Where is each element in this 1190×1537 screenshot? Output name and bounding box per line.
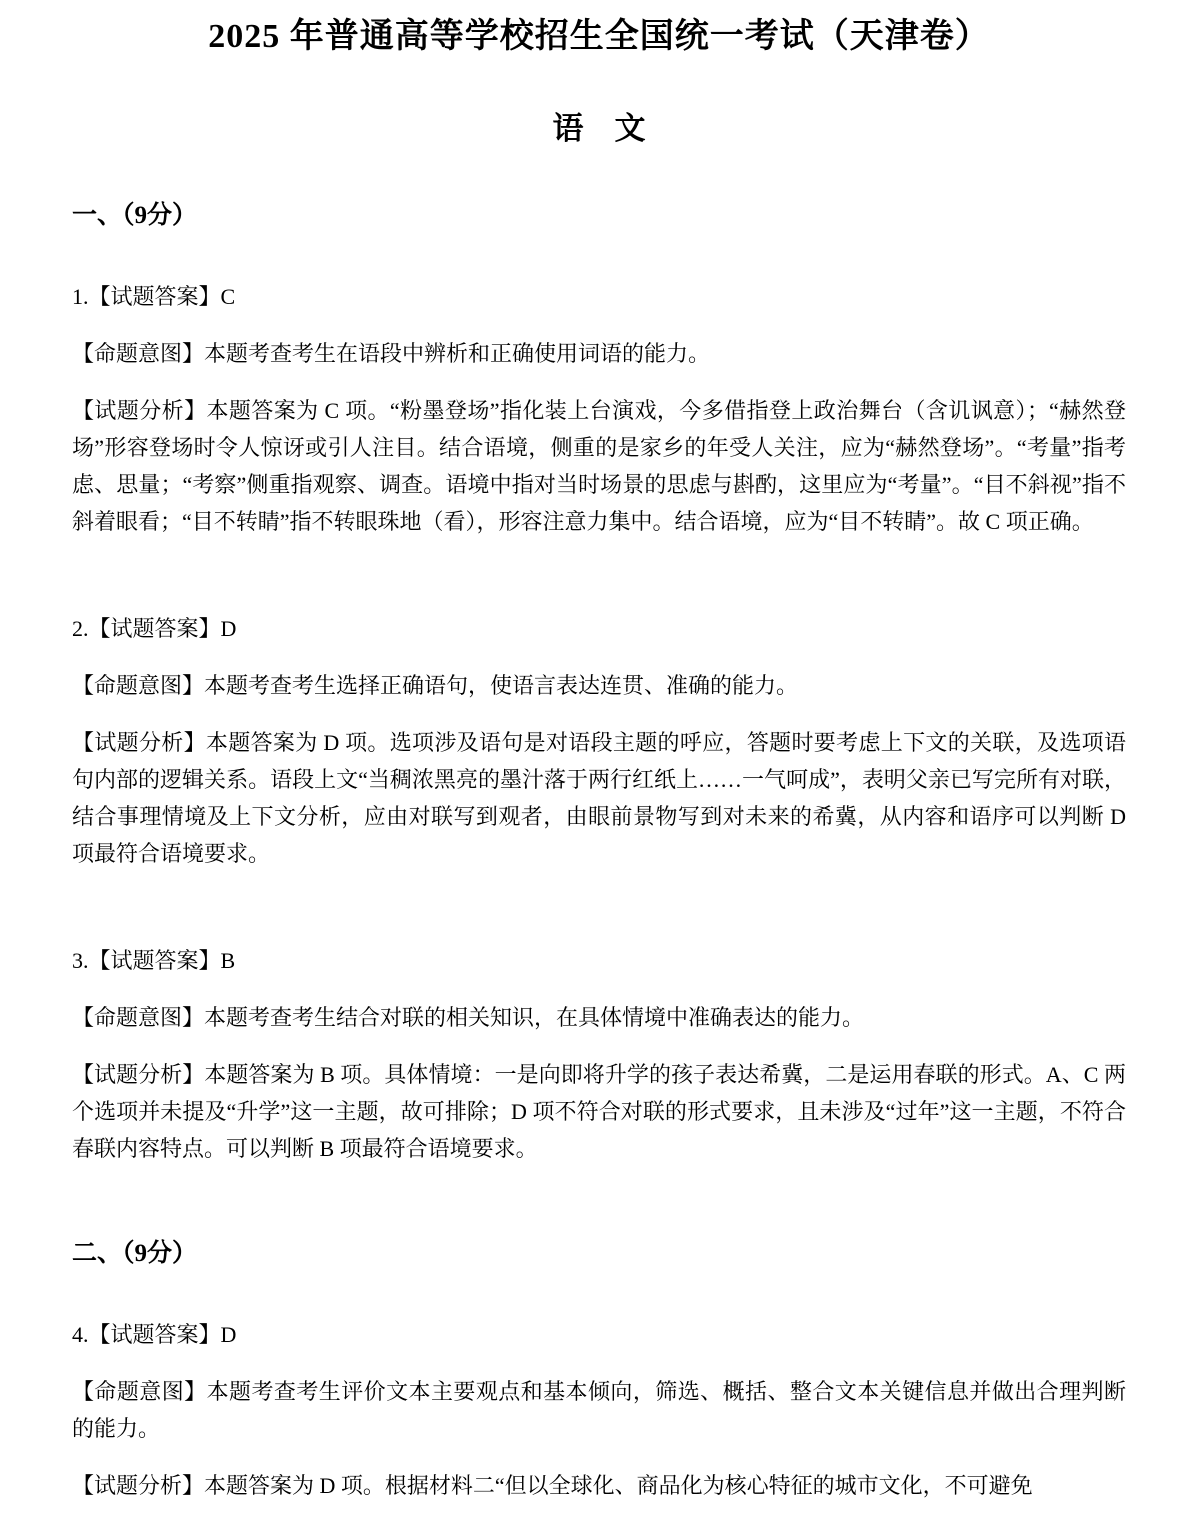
section-two: 二、（9分） 4.【试题答案】D 【命题意图】本题考查考生评价文本主要观点和基本… xyxy=(72,1237,1126,1504)
question-3-analysis: 【试题分析】本题答案为 B 项。具体情境：一是向即将升学的孩子表达希冀，二是运用… xyxy=(72,1056,1126,1167)
question-2-intent: 【命题意图】本题考查考生选择正确语句，使语言表达连贯、准确的能力。 xyxy=(72,667,1126,704)
question-1-answer-line: 1.【试题答案】C xyxy=(72,278,1126,315)
question-4-answer-line: 4.【试题答案】D xyxy=(72,1316,1126,1353)
question-3-answer-line: 3.【试题答案】B xyxy=(72,942,1126,979)
question-1: 1.【试题答案】C 【命题意图】本题考查考生在语段中辨析和正确使用词语的能力。 … xyxy=(72,278,1126,540)
document-subject: 语 文 xyxy=(72,110,1126,147)
question-4-analysis: 【试题分析】本题答案为 D 项。根据材料二“但以全球化、商品化为核心特征的城市文… xyxy=(72,1467,1126,1504)
question-1-analysis: 【试题分析】本题答案为 C 项。“粉墨登场”指化装上台演戏，今多借指登上政治舞台… xyxy=(72,392,1126,540)
question-4-intent: 【命题意图】本题考查考生评价文本主要观点和基本倾向，筛选、概括、整合文本关键信息… xyxy=(72,1373,1126,1447)
question-2-analysis: 【试题分析】本题答案为 D 项。选项涉及语句是对语段主题的呼应，答题时要考虑上下… xyxy=(72,724,1126,872)
question-1-intent: 【命题意图】本题考查考生在语段中辨析和正确使用词语的能力。 xyxy=(72,335,1126,372)
question-4: 4.【试题答案】D 【命题意图】本题考查考生评价文本主要观点和基本倾向，筛选、概… xyxy=(72,1316,1126,1504)
question-3-intent: 【命题意图】本题考查考生结合对联的相关知识，在具体情境中准确表达的能力。 xyxy=(72,999,1126,1036)
question-2-answer-line: 2.【试题答案】D xyxy=(72,610,1126,647)
question-2: 2.【试题答案】D 【命题意图】本题考查考生选择正确语句，使语言表达连贯、准确的… xyxy=(72,610,1126,872)
document-page: 2025 年普通高等学校招生全国统一考试（天津卷） 语 文 一、（9分） 1.【… xyxy=(0,0,1190,1537)
section-one: 一、（9分） 1.【试题答案】C 【命题意图】本题考查考生在语段中辨析和正确使用… xyxy=(72,199,1126,1167)
document-title: 2025 年普通高等学校招生全国统一考试（天津卷） xyxy=(72,14,1126,60)
question-3: 3.【试题答案】B 【命题意图】本题考查考生结合对联的相关知识，在具体情境中准确… xyxy=(72,942,1126,1167)
section-two-heading: 二、（9分） xyxy=(72,1237,1126,1271)
section-one-heading: 一、（9分） xyxy=(72,199,1126,233)
